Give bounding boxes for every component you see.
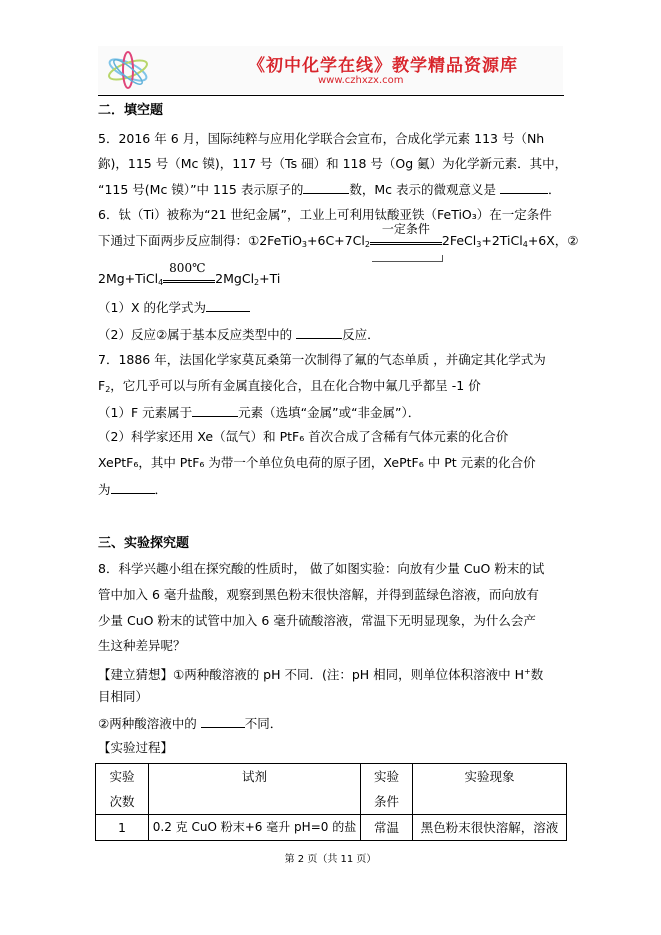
q6-sub-1: （1）X 的化学式为	[98, 299, 250, 316]
q6-sub2-text-a: （2）反应②属于基本反应类型中的	[98, 327, 296, 342]
q6-eq1-part-c: 2FeCl	[442, 233, 476, 248]
q8-hypothesis-2: ②两种酸溶液中的 不同．	[98, 715, 282, 732]
q7-line-1: 7．1886 年，法国化学家莫瓦桑第一次制得了氟的气态单质 ，并确定其化学式为	[98, 352, 546, 368]
header-divider	[98, 95, 564, 96]
header-title: 《初中化学在线》教学精品资源库	[248, 51, 518, 76]
q6-eq1-part-e: +6X，②	[528, 233, 579, 248]
q8-hyp2-text-a: ②两种酸溶液中的	[98, 716, 201, 731]
experiment-table: 实验 次数 试剂 实验 条件 实验现象 1 0.2 克 CuO 粉末+6 毫升 …	[95, 763, 567, 841]
reaction-condition-label: 一定条件	[370, 221, 442, 237]
q8-hypothesis-1-cont: 目相同）	[98, 689, 148, 705]
q8-line-2: 管中加入 6 毫升盐酸，观察到黑色粉末很快溶解，并得到蓝绿色溶液，而向放有	[98, 587, 539, 603]
atom-orbit-icon	[104, 50, 152, 90]
header-text: 条件	[361, 789, 412, 814]
document-page: 《初中化学在线》教学精品资源库 www.czhxzx.com 二．填空题 5．2…	[0, 0, 661, 935]
q5-answer-blank-2[interactable]	[500, 181, 548, 194]
q8-line-3: 少量 CuO 粉末的试管中加入 6 毫升硫酸溶液，常温下无明显现象，为什么会产	[98, 613, 536, 629]
table-row: 1 0.2 克 CuO 粉末+6 毫升 pH=0 的盐 常温 黑色粉末很快溶解，…	[96, 815, 567, 841]
equation-frame	[372, 255, 443, 262]
cell-trial: 1	[96, 815, 149, 841]
section-title-fill-blank: 二．填空题	[98, 103, 163, 119]
q8-hyp2-text-b: 不同．	[245, 716, 283, 731]
page-footer: 第 2 页（共 11 页）	[0, 850, 661, 865]
q7-line2-text: ，它几乎可以与所有金属直接化合，且在化合物中氟几乎都呈 -1 价	[110, 378, 480, 393]
q5-text-c: ．	[548, 182, 561, 197]
q6-eq2-part-a: 2Mg+TiCl	[98, 271, 158, 286]
q7-answer-blank-2[interactable]	[111, 481, 155, 494]
q5-answer-blank-1[interactable]	[303, 181, 349, 194]
q7-sub-2-line-3: 为．	[98, 481, 167, 498]
q6-sub1-text: （1）X 的化学式为	[98, 300, 206, 315]
q6-line-2: 下通过下面两步反应制得：①2FeTiO3+6C+7Cl2一定条件2FeCl3+2…	[98, 233, 579, 253]
q8-line-1: 8．科学兴趣小组在探究酸的性质时， 做了如图实验：向放有少量 CuO 粉末的试	[98, 561, 544, 577]
q6-eq2-part-c: +Ti	[259, 271, 280, 286]
q7-sub2-text-b: ．	[155, 482, 168, 497]
q8-hypothesis-1: 【建立猜想】①两种酸溶液的 pH 不同．(注：pH 相同，则单位体积溶液中 H+…	[98, 664, 543, 683]
cell-observation: 黑色粉末很快溶解，溶液	[413, 815, 567, 841]
q8-hyp1-text: 【建立猜想】①两种酸溶液的 pH 不同．(注：pH 相同，则单位体积溶液中 H	[98, 667, 524, 682]
q8-line-4: 生这种差异呢？	[98, 638, 186, 654]
q7-sub2-text-a: 为	[98, 482, 111, 497]
q6-line-3: 2Mg+TiCl4800℃2MgCl2+Ti	[98, 271, 280, 291]
header-cell-observation: 实验现象	[413, 764, 567, 815]
q8-process-title: 【实验过程】	[98, 740, 173, 756]
q5-text-b: 数，Mc 表示的微观意义是	[349, 182, 496, 197]
q8-hyp1-sup: +	[524, 667, 531, 676]
reaction-condition-arrow: 800℃	[163, 273, 215, 283]
equals-bar	[370, 242, 442, 245]
header-cell-reagent: 试剂	[149, 764, 361, 815]
header-url: www.czhxzx.com	[318, 75, 404, 86]
reaction-condition-arrow: 一定条件	[370, 235, 442, 245]
q6-sub2-text-b: 反应．	[342, 327, 380, 342]
q6-eq1-part-d: +2TiCl	[481, 233, 522, 248]
cell-reagent: 0.2 克 CuO 粉末+6 毫升 pH=0 的盐	[149, 815, 361, 841]
section-title-experiment: 三、实验探究题	[98, 536, 189, 552]
q7-sub-2-line-1: （2）科学家还用 Xe（氙气）和 PtF₆ 首次合成了含稀有气体元素的化合价	[98, 429, 508, 445]
q7-sub1-text-a: （1）F 元素属于	[98, 405, 192, 420]
header-cell-condition: 实验 条件	[361, 764, 413, 815]
table-header-row: 实验 次数 试剂 实验 条件 实验现象	[96, 764, 567, 815]
q6-eq1-part-a: 下通过下面两步反应制得：①2FeTiO	[98, 233, 302, 248]
q5-text-a: “115 号(Mc 镆）”中 115 表示原子的	[98, 182, 303, 197]
q6-eq1-part-b: +6C+7Cl	[307, 233, 365, 248]
page-header: 《初中化学在线》教学精品资源库 www.czhxzx.com	[98, 46, 563, 94]
q6-sub-2: （2）反应②属于基本反应类型中的 反应．	[98, 326, 380, 343]
q8-hyp1-text-b: 数	[531, 667, 544, 682]
header-text: 试剂	[149, 764, 360, 789]
cell-condition: 常温	[361, 815, 413, 841]
q7-answer-blank-1[interactable]	[192, 404, 238, 417]
q5-line-3: “115 号(Mc 镆）”中 115 表示原子的数，Mc 表示的微观意义是．	[98, 181, 561, 198]
q6-answer-blank-2[interactable]	[296, 326, 342, 339]
q7-sub-1: （1）F 元素属于元素（选填“金属”或“非金属”）．	[98, 404, 420, 421]
header-text: 次数	[96, 789, 148, 814]
q6-line-1: 6．钛（Ti）被称为“21 世纪金属”，工业上可利用钛酸亚铁（FeTiO₃）在一…	[98, 207, 552, 223]
header-text: 实验	[361, 764, 412, 789]
q6-eq2-part-b: 2MgCl	[215, 271, 254, 286]
equals-bar	[163, 280, 215, 283]
q5-line-2: 鉨)，115 号（Mc 镆)，117 号（Ts 鿬）和 118 号（Og 鿫）为…	[98, 156, 567, 172]
q7-sub1-text-b: 元素（选填“金属”或“非金属”）．	[238, 405, 420, 420]
q7-line-2: F2，它几乎可以与所有金属直接化合，且在化合物中氟几乎都呈 -1 价	[98, 378, 481, 398]
q6-answer-blank-1[interactable]	[206, 299, 250, 312]
header-cell-trial: 实验 次数	[96, 764, 149, 815]
header-text: 实验现象	[413, 764, 566, 789]
q8-answer-blank[interactable]	[201, 715, 245, 728]
header-text: 实验	[96, 764, 148, 789]
q7-sub-2-line-2: XePtF₆，其中 PtF₆ 为带一个单位负电荷的原子团，XePtF₆ 中 Pt…	[98, 455, 536, 471]
q5-line-1: 5．2016 年 6 月，国际纯粹与应用化学联合会宣布，合成化学元素 113 号…	[98, 131, 544, 147]
reaction-temperature-label: 800℃	[169, 260, 205, 276]
